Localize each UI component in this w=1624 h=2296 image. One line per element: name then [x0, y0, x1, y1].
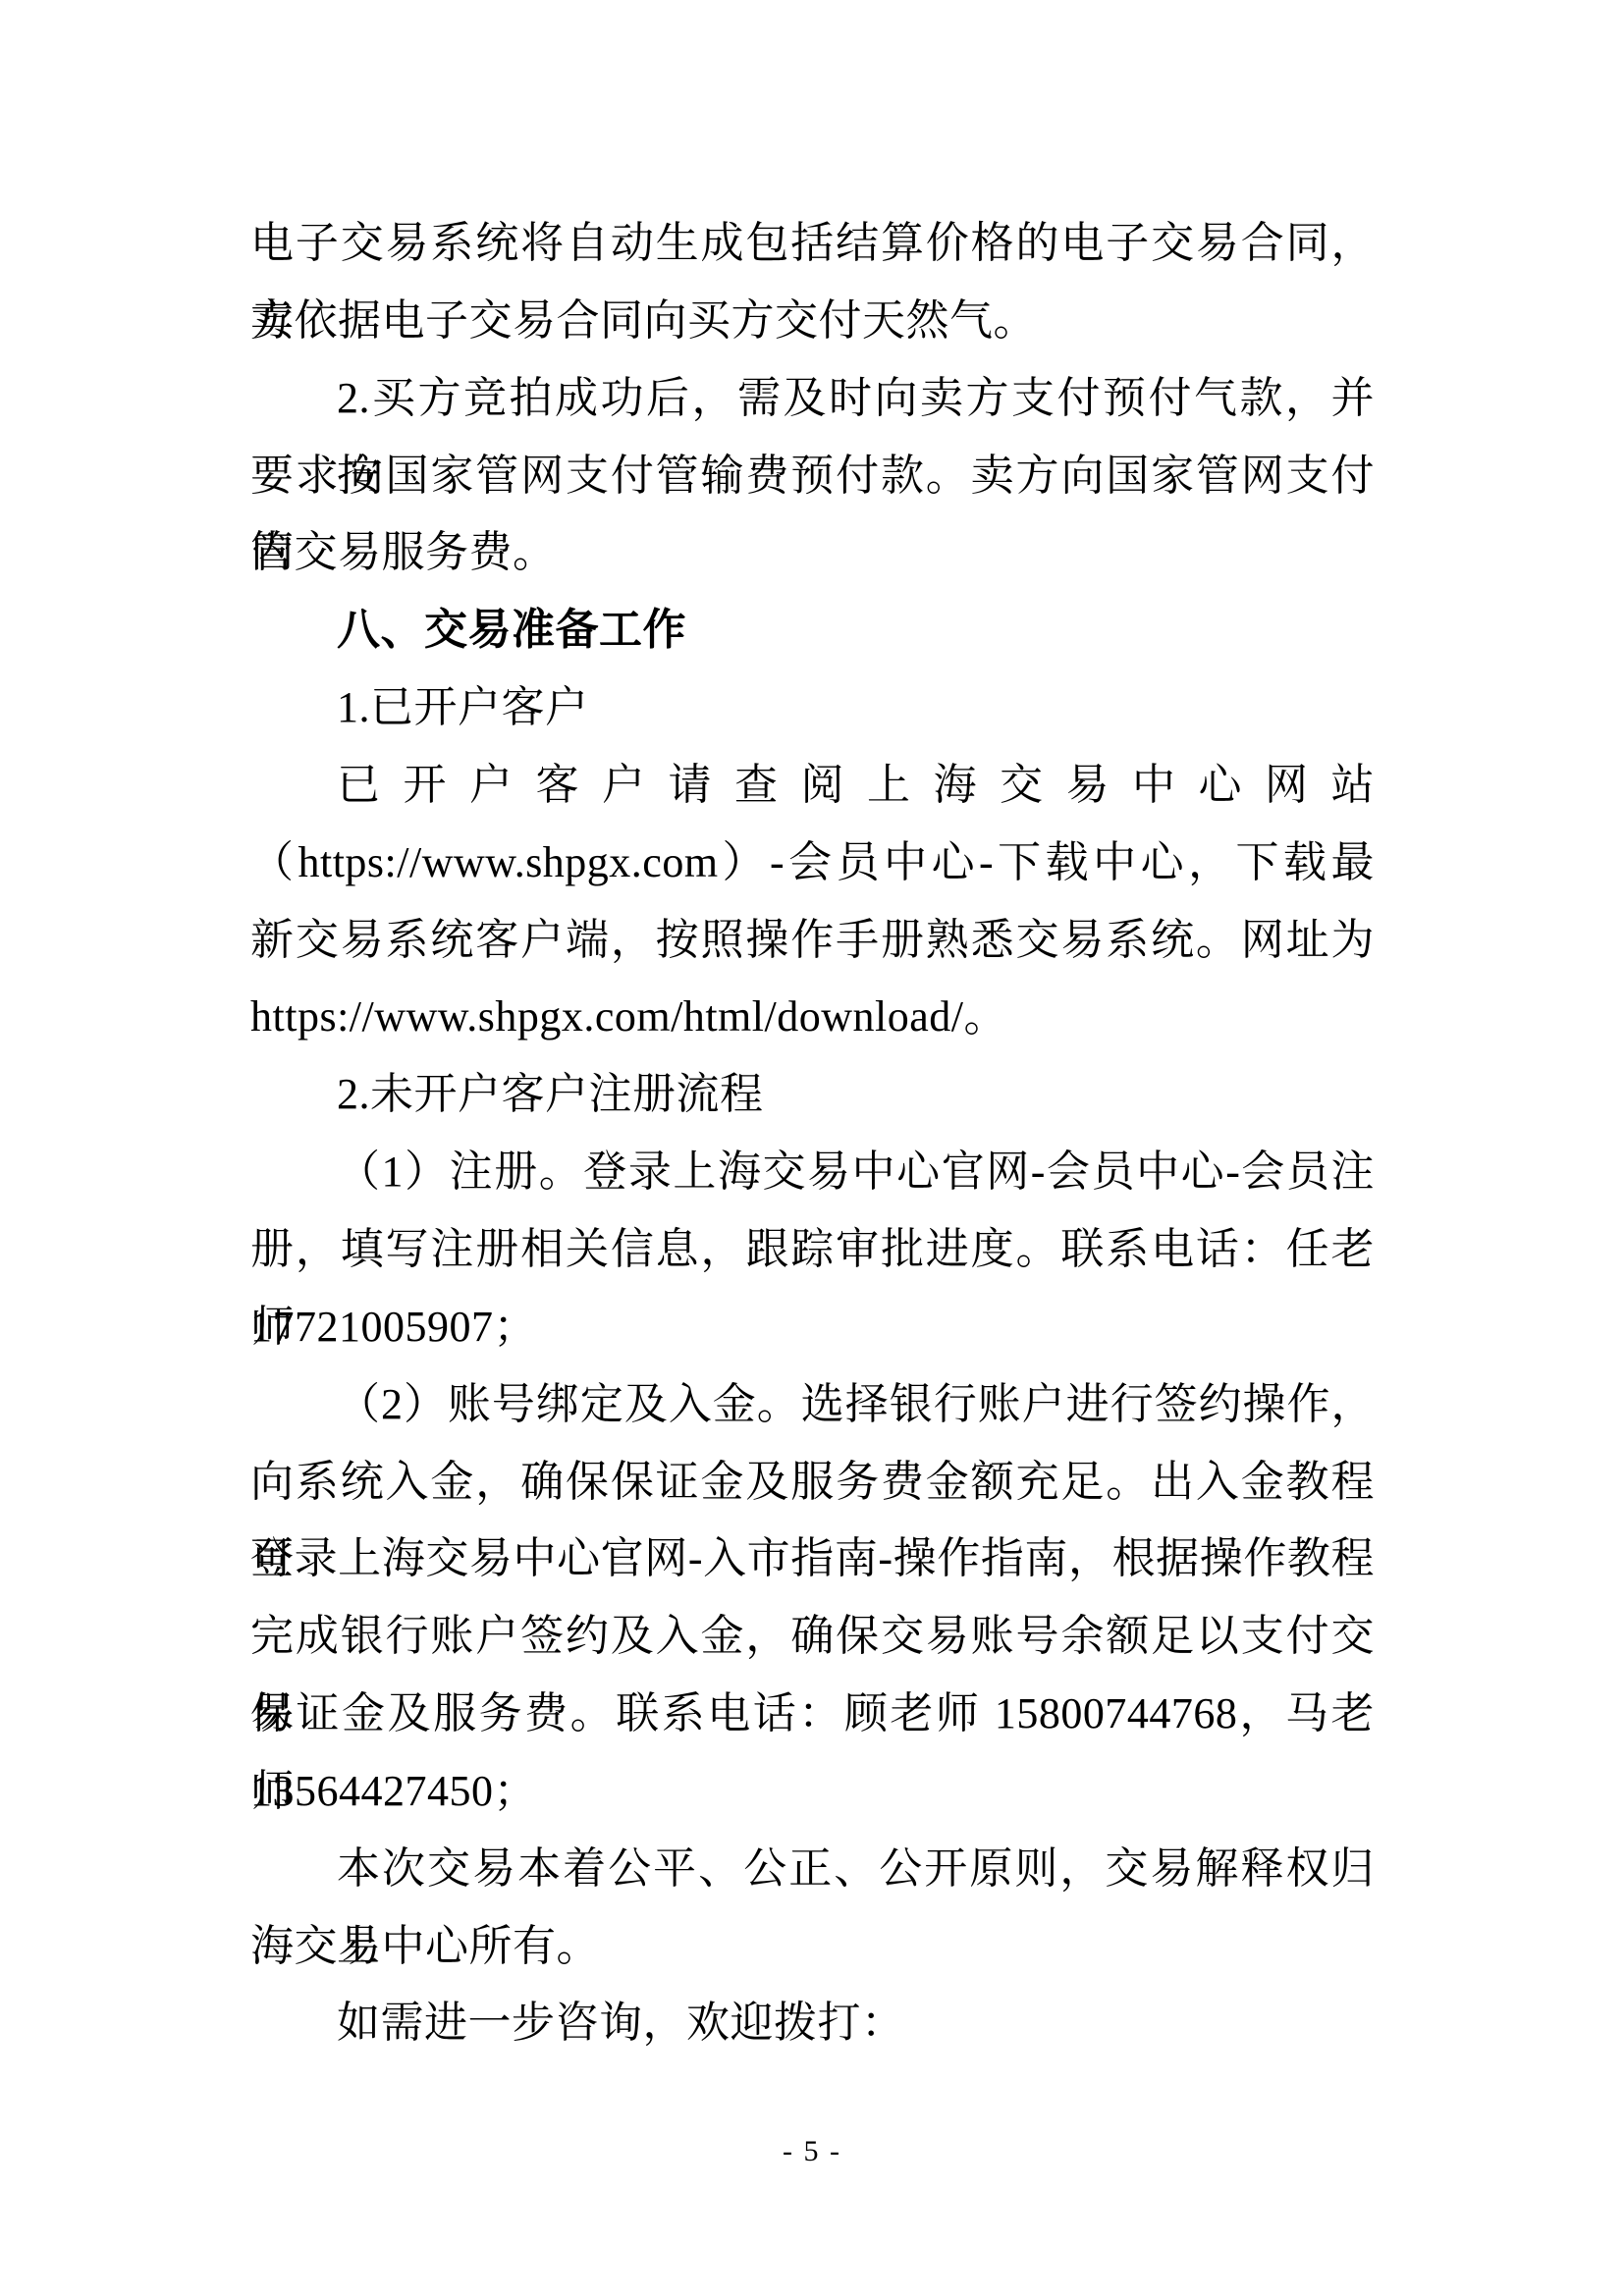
document-body: 电子交易系统将自动生成包括结算价格的电子交易合同，卖 方依据电子交易合同向买方交… [250, 205, 1375, 2062]
phone-number-line: 17721005907； [250, 1289, 1375, 1366]
phone-number-line: 13564427450； [250, 1753, 1375, 1831]
text-line: 方依据电子交易合同向买方交付天然气。 [250, 283, 1375, 360]
list-item-heading: 1.已开户客户 [250, 669, 1375, 747]
text-line: 如需进一步咨询，欢迎拨打： [250, 1985, 1375, 2062]
text-line: 海交易中心所有。 [250, 1908, 1375, 1986]
text-line: 电子交易系统将自动生成包括结算价格的电子交易合同，卖 [250, 205, 1375, 283]
document-page: 电子交易系统将自动生成包括结算价格的电子交易合同，卖 方依据电子交易合同向买方交… [0, 0, 1624, 2296]
text-line: （2）账号绑定及入金。选择银行账户进行签约操作， [250, 1366, 1375, 1444]
text-line: 本次交易本着公平、公正、公开原则，交易解释权归上 [250, 1831, 1375, 1908]
text-line: 内交易服务费。 [250, 514, 1375, 592]
text-line-with-phone: 保证金及服务费。联系电话：顾老师 15800744768，马老师 [250, 1676, 1375, 1753]
page-number: - 5 - [0, 2132, 1624, 2171]
text-line: 2.买方竞拍成功后，需及时向卖方支付预付气款，并按 [250, 360, 1375, 438]
text-line: 已开户客户请查阅上海交易中心网站 [250, 747, 1375, 825]
text-line-with-url: （https://www.shpgx.com）-会员中心-下载中心，下载最 [250, 825, 1375, 902]
text-line: 要求向国家管网支付管输费预付款。卖方向国家管网支付管 [250, 438, 1375, 515]
section-heading: 八、交易准备工作 [250, 592, 1375, 669]
text-line: 向系统入金，确保保证金及服务费金额充足。出入金教程可 [250, 1444, 1375, 1522]
text-line: 登录上海交易中心官网-入市指南-操作指南，根据操作教程 [250, 1521, 1375, 1598]
text-line: 册，填写注册相关信息，跟踪审批进度。联系电话：任老师 [250, 1211, 1375, 1289]
text-line: 新交易系统客户端，按照操作手册熟悉交易系统。网址为 [250, 902, 1375, 980]
text-line: 完成银行账户签约及入金，确保交易账号余额足以支付交易 [250, 1598, 1375, 1676]
list-item-heading: 2.未开户客户注册流程 [250, 1056, 1375, 1134]
url-line: https://www.shpgx.com/html/download/。 [250, 979, 1375, 1056]
text-line: （1）注册。登录上海交易中心官网-会员中心-会员注 [250, 1134, 1375, 1211]
